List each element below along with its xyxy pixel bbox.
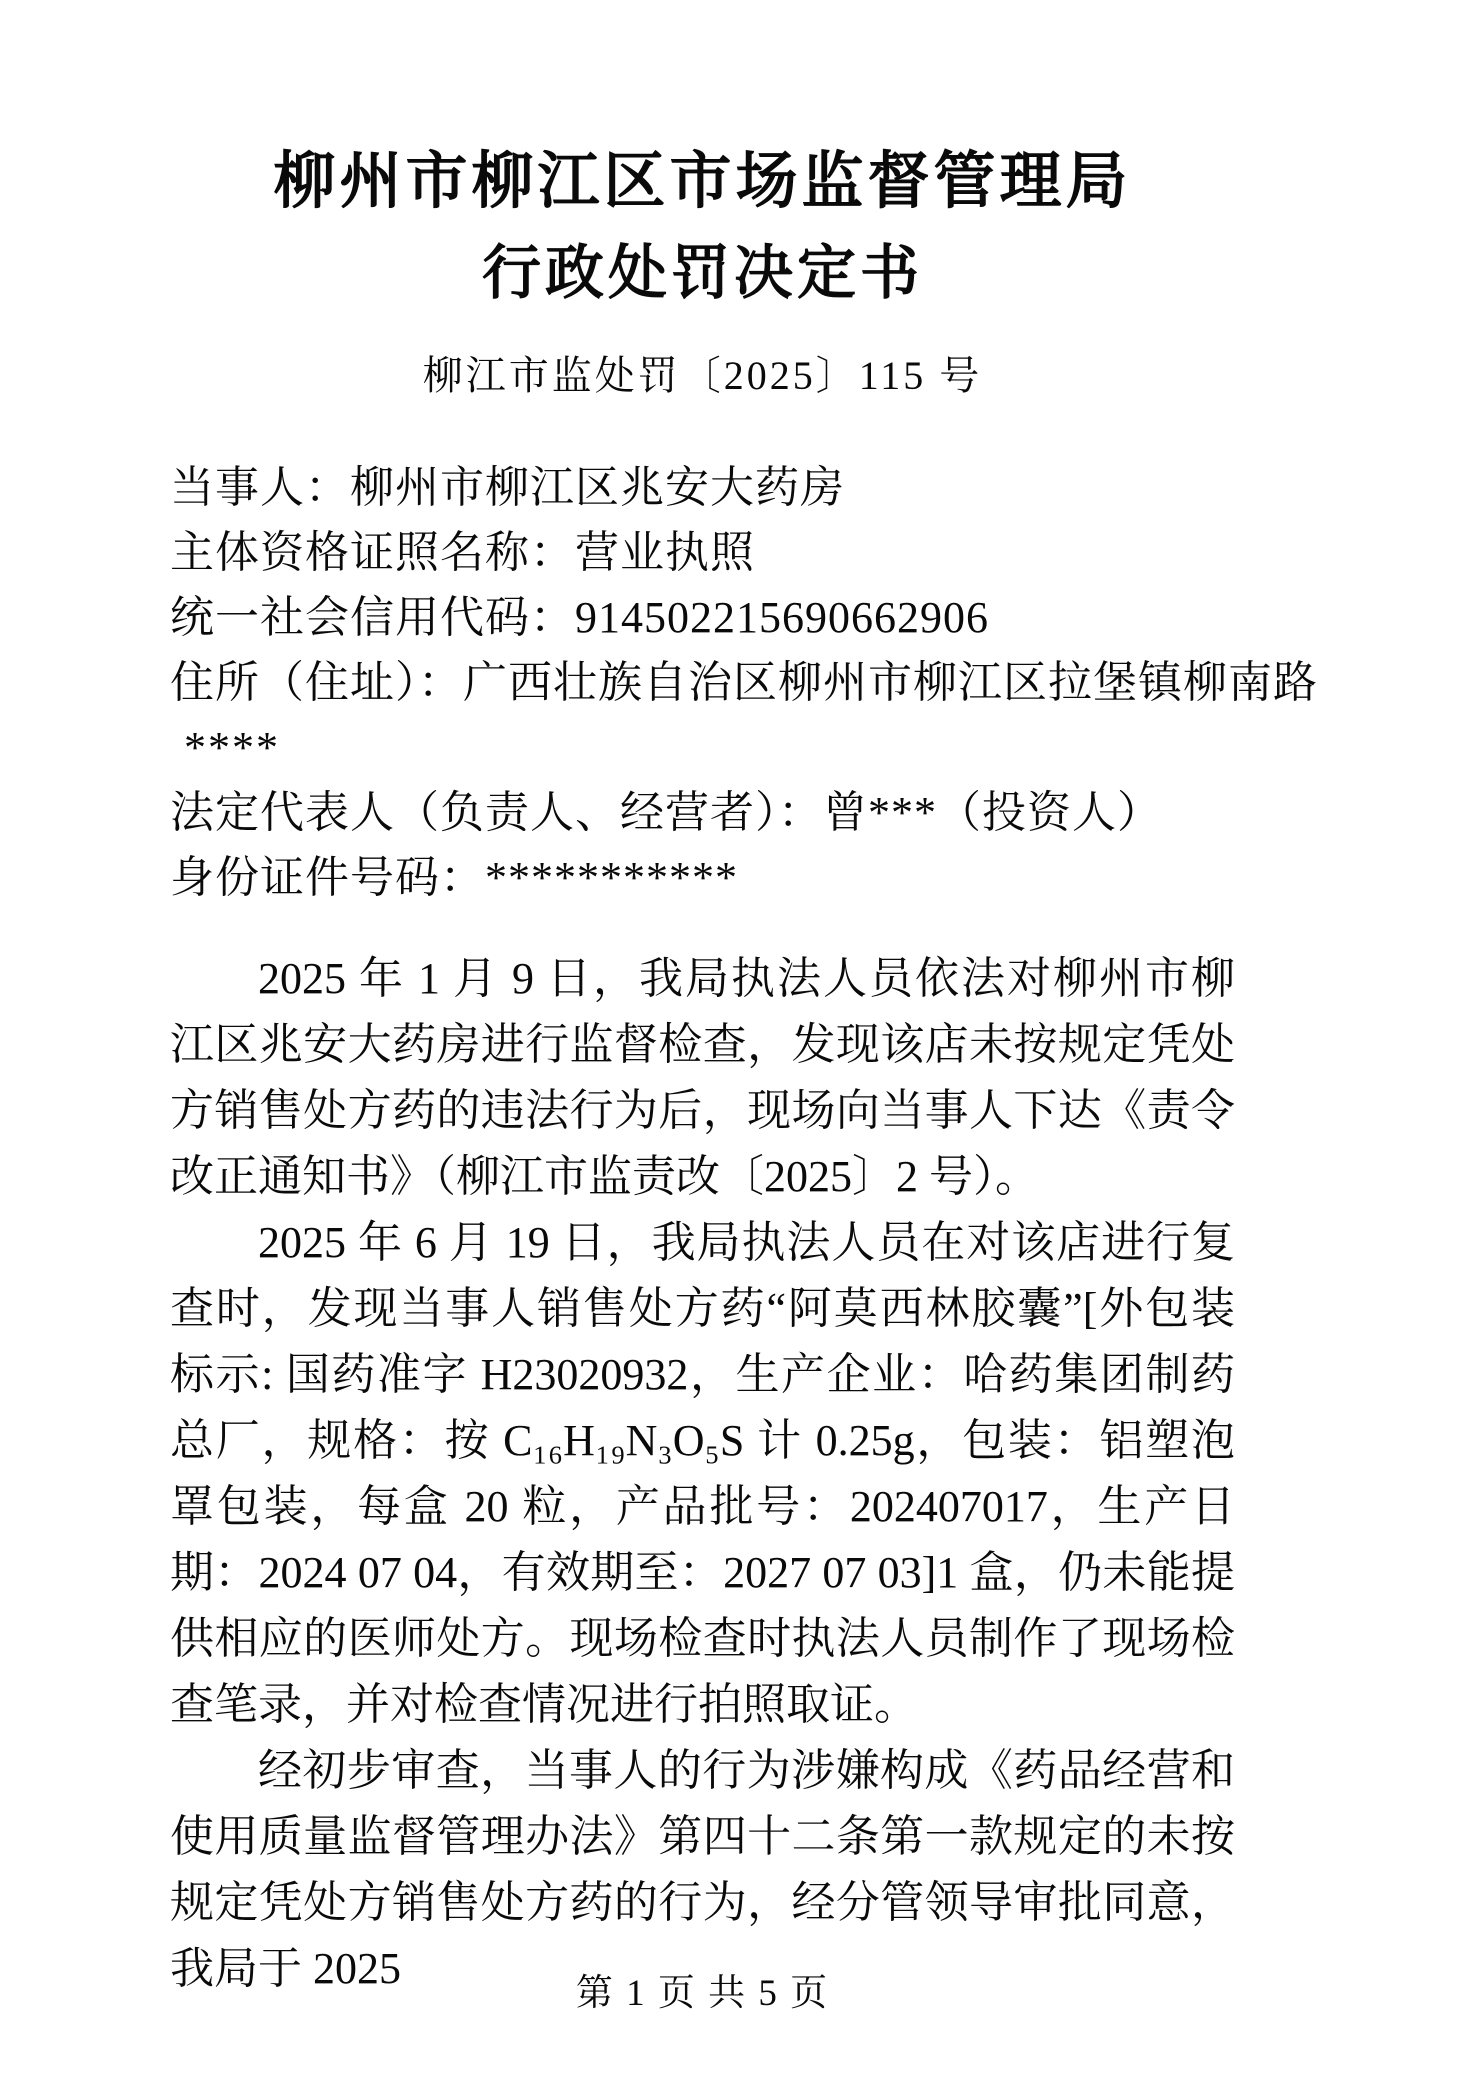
page-footer: 第 1 页 共 5 页 <box>170 1962 1235 2016</box>
document-number: 柳江市监处罚〔2025〕115 号 <box>170 344 1235 401</box>
legal-representative-line: 法定代表人（负责人、经营者）：曾***（投资人） <box>170 780 1235 845</box>
address-masked-line: **** <box>170 715 1235 780</box>
paragraph-recheck: 2025 年 6 月 19 日，我局执法人员在对该店进行复查时，发现当事人销售处… <box>170 1210 1235 1738</box>
credit-code-line: 统一社会信用代码：914502215690662906 <box>170 585 1235 650</box>
party-info-block: 当事人：柳州市柳江区兆安大药房 主体资格证照名称：营业执照 统一社会信用代码：9… <box>170 455 1235 910</box>
party-name-line: 当事人：柳州市柳江区兆安大药房 <box>170 455 1235 520</box>
document-type-title: 行政处罚决定书 <box>170 241 1235 306</box>
address-line: 住所（住址）：广西壮族自治区柳州市柳江区拉堡镇柳南路 <box>170 650 1235 715</box>
paragraph-inspection: 2025 年 1 月 9 日，我局执法人员依法对柳州市柳江区兆安大药房进行监督检… <box>170 946 1235 1210</box>
document-page: 柳州市柳江区市场监督管理局 行政处罚决定书 柳江市监处罚〔2025〕115 号 … <box>0 0 1483 2088</box>
id-number-line: 身份证件号码：*********** <box>170 845 1235 910</box>
license-type-line: 主体资格证照名称：营业执照 <box>170 520 1235 585</box>
document-body: 2025 年 1 月 9 日，我局执法人员依法对柳州市柳江区兆安大药房进行监督检… <box>170 946 1235 2002</box>
agency-title: 柳州市柳江区市场监督管理局 <box>170 146 1235 217</box>
